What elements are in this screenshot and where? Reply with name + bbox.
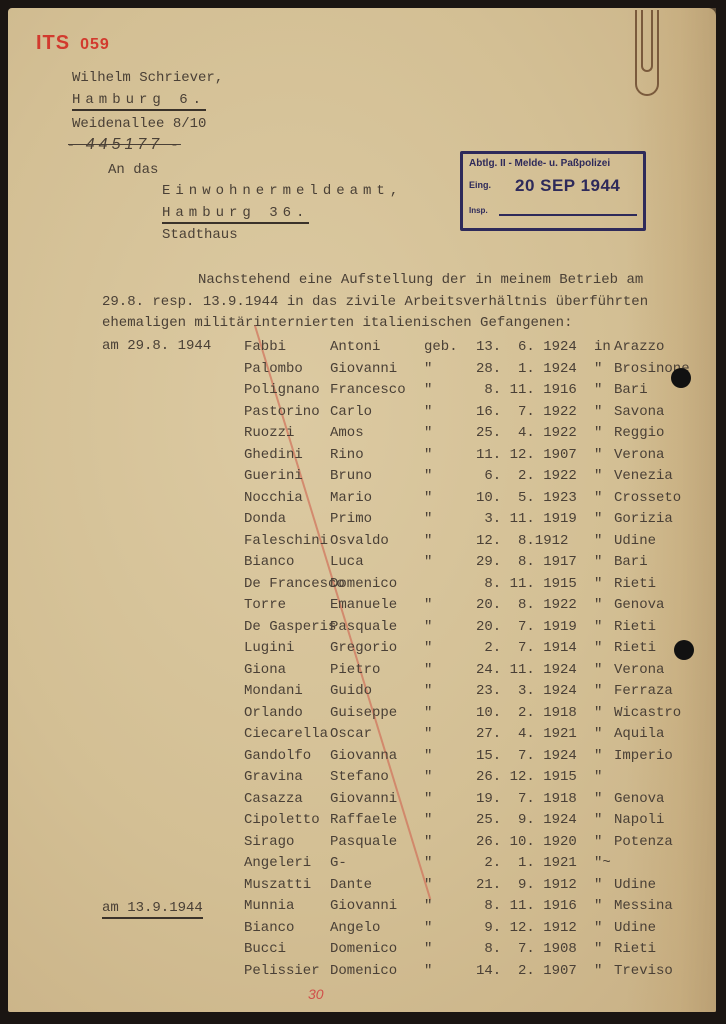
in-label: "	[594, 963, 602, 979]
in-label: in	[594, 339, 611, 355]
birth-place: Potenza	[614, 834, 673, 850]
birth-place: Bari	[614, 554, 648, 570]
birth-date: 8. 11. 1916	[476, 898, 577, 914]
prisoner-first-name: Carlo	[330, 404, 372, 420]
prisoner-last-name: Muszatti	[244, 877, 311, 893]
in-label: "	[594, 834, 602, 850]
red-pencil-mark: 30	[308, 986, 324, 1002]
born-label: "	[424, 877, 432, 893]
born-label: "	[424, 705, 432, 721]
prisoner-last-name: De Gasperis	[244, 619, 336, 635]
born-label: "	[424, 425, 432, 441]
birth-date: 23. 3. 1924	[476, 683, 577, 699]
birth-place: Napoli	[614, 812, 664, 828]
birth-place: Udine	[614, 877, 656, 893]
born-label: "	[424, 726, 432, 742]
in-label: "	[594, 404, 602, 420]
birth-place: Bari	[614, 382, 648, 398]
prisoner-last-name: Bianco	[244, 920, 294, 936]
in-label: "	[594, 361, 602, 377]
in-label: "	[594, 533, 602, 549]
prisoner-first-name: Oscar	[330, 726, 372, 742]
birth-date: 8. 11. 1916	[476, 382, 577, 398]
prisoner-last-name: Sirago	[244, 834, 294, 850]
crossed-out-number: - 445177 -	[68, 136, 181, 154]
in-label: "~	[594, 855, 611, 871]
prisoner-first-name: Pasquale	[330, 834, 397, 850]
prisoner-last-name: Donda	[244, 511, 286, 527]
prisoner-first-name: Pasquale	[330, 619, 397, 635]
born-label: "	[424, 597, 432, 613]
recipient-city-text: Hamburg 36.	[162, 205, 309, 224]
prisoner-first-name: Stefano	[330, 769, 389, 785]
prisoner-last-name: Casazza	[244, 791, 303, 807]
in-label: "	[594, 490, 602, 506]
born-label: "	[424, 941, 432, 957]
prisoner-last-name: Munnia	[244, 898, 294, 914]
birth-date: 10. 2. 1918	[476, 705, 577, 721]
group-label-first: am 29.8. 1944	[102, 338, 211, 354]
birth-date: 24. 11. 1924	[476, 662, 577, 678]
prisoner-first-name: Giovanni	[330, 791, 397, 807]
birth-date: 25. 9. 1924	[476, 812, 577, 828]
prisoner-last-name: Giona	[244, 662, 286, 678]
stamp-received-label: Eing.	[469, 180, 491, 190]
birth-place: Rieti	[614, 619, 656, 635]
birth-date: 20. 7. 1919	[476, 619, 577, 635]
birth-date: 11. 12. 1907	[476, 447, 577, 463]
born-label: "	[424, 920, 432, 936]
in-label: "	[594, 812, 602, 828]
prisoner-last-name: Bianco	[244, 554, 294, 570]
born-label: "	[424, 468, 432, 484]
born-label: "	[424, 963, 432, 979]
born-label: "	[424, 619, 432, 635]
prisoner-first-name: Domenico	[330, 941, 397, 957]
prisoner-last-name: Angeleri	[244, 855, 311, 871]
in-label: "	[594, 662, 602, 678]
prisoner-first-name: Domenico	[330, 576, 397, 592]
prisoner-last-name: Faleschini	[244, 533, 328, 549]
birth-date: 16. 7. 1922	[476, 404, 577, 420]
prisoner-first-name: Angelo	[330, 920, 380, 936]
birth-place: Udine	[614, 533, 656, 549]
born-label: "	[424, 834, 432, 850]
birth-date: 19. 7. 1918	[476, 791, 577, 807]
birth-date: 13. 6. 1924	[476, 339, 577, 355]
birth-place: Arazzo	[614, 339, 664, 355]
prisoner-first-name: Pietro	[330, 662, 380, 678]
birth-place: Rieti	[614, 640, 656, 656]
birth-date: 2. 7. 1914	[476, 640, 577, 656]
prisoner-first-name: Luca	[330, 554, 364, 570]
born-label: "	[424, 898, 432, 914]
birth-place: Ferraza	[614, 683, 673, 699]
document-page: ITS059 Wilhelm Schriever, Hamburg 6. Wei…	[8, 8, 716, 1012]
prisoner-first-name: Antoni	[330, 339, 380, 355]
in-label: "	[594, 468, 602, 484]
birth-place: Wicastro	[614, 705, 681, 721]
prisoner-last-name: Lugini	[244, 640, 294, 656]
prisoner-last-name: Pastorino	[244, 404, 320, 420]
birth-date: 20. 8. 1922	[476, 597, 577, 613]
born-label: "	[424, 640, 432, 656]
prisoner-first-name: Primo	[330, 511, 372, 527]
birth-date: 8. 11. 1915	[476, 576, 577, 592]
in-label: "	[594, 769, 602, 785]
sender-name: Wilhelm Schriever,	[72, 70, 223, 86]
prisoner-last-name: Guerini	[244, 468, 303, 484]
prisoner-last-name: Pelissier	[244, 963, 320, 979]
stamp-inspected-label: Insp.	[469, 206, 488, 215]
birth-place: Genova	[614, 791, 664, 807]
born-label: "	[424, 404, 432, 420]
prisoner-last-name: Palombo	[244, 361, 303, 377]
prisoner-last-name: Gandolfo	[244, 748, 311, 764]
prisoner-last-name: Orlando	[244, 705, 303, 721]
prisoner-last-name: Cipoletto	[244, 812, 320, 828]
prisoner-last-name: Fabbi	[244, 339, 286, 355]
prisoner-last-name: Polignano	[244, 382, 320, 398]
prisoner-first-name: Raffaele	[330, 812, 397, 828]
birth-date: 29. 8. 1917	[476, 554, 577, 570]
in-label: "	[594, 748, 602, 764]
in-label: "	[594, 683, 602, 699]
in-label: "	[594, 554, 602, 570]
prisoner-first-name: Bruno	[330, 468, 372, 484]
born-label: "	[424, 662, 432, 678]
group-label-second-text: am 13.9.1944	[102, 900, 203, 919]
in-label: "	[594, 640, 602, 656]
birth-date: 28. 1. 1924	[476, 361, 577, 377]
its-label: ITS	[36, 32, 70, 54]
prisoner-first-name: Francesco	[330, 382, 406, 398]
born-label: "	[424, 769, 432, 785]
in-label: "	[594, 877, 602, 893]
prisoner-last-name: Ruozzi	[244, 425, 294, 441]
in-label: "	[594, 511, 602, 527]
paperclip-icon	[635, 10, 659, 96]
punch-hole	[674, 640, 694, 660]
birth-date: 9. 12. 1912	[476, 920, 577, 936]
birth-date: 3. 11. 1919	[476, 511, 577, 527]
born-label: "	[424, 490, 432, 506]
stamp-signature-line	[499, 214, 637, 216]
prisoner-last-name: Bucci	[244, 941, 286, 957]
prisoner-first-name: Emanuele	[330, 597, 397, 613]
in-label: "	[594, 705, 602, 721]
in-label: "	[594, 447, 602, 463]
birth-place: Verona	[614, 447, 664, 463]
prisoner-first-name: Domenico	[330, 963, 397, 979]
in-label: "	[594, 382, 602, 398]
prisoner-first-name: Osvaldo	[330, 533, 389, 549]
prisoner-first-name: Rino	[330, 447, 364, 463]
born-label: "	[424, 554, 432, 570]
birth-place: Reggio	[614, 425, 664, 441]
born-label: "	[424, 683, 432, 699]
prisoner-first-name: Mario	[330, 490, 372, 506]
prisoner-first-name: Guiseppe	[330, 705, 397, 721]
recipient-office: Einwohnermeldeamt,	[162, 183, 403, 199]
group-label-second: am 13.9.1944	[102, 900, 203, 916]
prisoner-first-name: Amos	[330, 425, 364, 441]
birth-place: Udine	[614, 920, 656, 936]
in-label: "	[594, 941, 602, 957]
birth-date: 12. 8.1912	[476, 533, 568, 549]
prisoner-first-name: Giovanni	[330, 361, 397, 377]
in-label: "	[594, 726, 602, 742]
birth-place: Savona	[614, 404, 664, 420]
prisoner-last-name: Ciecarella	[244, 726, 328, 742]
body-line-2: 29.8. resp. 13.9.1944 in das zivile Arbe…	[102, 294, 648, 310]
born-label: "	[424, 791, 432, 807]
in-label: "	[594, 425, 602, 441]
sender-street: Weidenallee 8/10	[72, 116, 206, 132]
police-receipt-stamp: Abtlg. II - Melde- u. Paßpolizei Eing. 2…	[460, 151, 646, 231]
prisoner-first-name: Giovanni	[330, 898, 397, 914]
in-label: "	[594, 597, 602, 613]
birth-place: Treviso	[614, 963, 673, 979]
birth-date: 2. 1. 1921	[476, 855, 577, 871]
birth-place: Crosseto	[614, 490, 681, 506]
birth-place: Rieti	[614, 941, 656, 957]
birth-date: 26. 12. 1915	[476, 769, 577, 785]
prisoner-last-name: Torre	[244, 597, 286, 613]
birth-place: Genova	[614, 597, 664, 613]
stamp-date: 20 SEP 1944	[515, 176, 620, 196]
birth-place: Aquila	[614, 726, 664, 742]
born-label: "	[424, 361, 432, 377]
born-label: "	[424, 748, 432, 764]
birth-date: 14. 2. 1907	[476, 963, 577, 979]
birth-date: 26. 10. 1920	[476, 834, 577, 850]
in-label: "	[594, 898, 602, 914]
birth-date: 25. 4. 1922	[476, 425, 577, 441]
prisoner-first-name: Gregorio	[330, 640, 397, 656]
birth-date: 10. 5. 1923	[476, 490, 577, 506]
birth-date: 6. 2. 1922	[476, 468, 577, 484]
birth-date: 27. 4. 1921	[476, 726, 577, 742]
prisoner-last-name: Nocchia	[244, 490, 303, 506]
birth-place: Venezia	[614, 468, 673, 484]
prisoner-last-name: Ghedini	[244, 447, 303, 463]
sender-city: Hamburg 6.	[72, 92, 206, 108]
its-archive-stamp: ITS059	[36, 32, 110, 55]
punch-hole	[671, 368, 691, 388]
prisoner-first-name: G-	[330, 855, 347, 871]
born-label: "	[424, 511, 432, 527]
birth-place: Gorizia	[614, 511, 673, 527]
born-label: "	[424, 855, 432, 871]
birth-date: 21. 9. 1912	[476, 877, 577, 893]
birth-place: Imperio	[614, 748, 673, 764]
recipient-city: Hamburg 36.	[162, 205, 309, 221]
sender-city-text: Hamburg 6.	[72, 92, 206, 111]
born-label: "	[424, 533, 432, 549]
in-label: "	[594, 920, 602, 936]
its-number: 059	[80, 36, 110, 53]
body-line-3: ehemaligen militärinternierten italienis…	[102, 315, 572, 331]
born-label: "	[424, 382, 432, 398]
born-label: "	[424, 812, 432, 828]
birth-place: Rieti	[614, 576, 656, 592]
recipient-salutation: An das	[108, 162, 158, 178]
prisoner-last-name: Gravina	[244, 769, 303, 785]
born-label: geb.	[424, 339, 458, 355]
birth-place: Messina	[614, 898, 673, 914]
birth-date: 8. 7. 1908	[476, 941, 577, 957]
in-label: "	[594, 619, 602, 635]
born-label: "	[424, 447, 432, 463]
stamp-department: Abtlg. II - Melde- u. Paßpolizei	[469, 158, 610, 169]
in-label: "	[594, 791, 602, 807]
prisoner-last-name: Mondani	[244, 683, 303, 699]
birth-place: Verona	[614, 662, 664, 678]
body-line-1: Nachstehend eine Aufstellung der in mein…	[198, 272, 643, 288]
birth-date: 15. 7. 1924	[476, 748, 577, 764]
prisoner-first-name: Giovanna	[330, 748, 397, 764]
prisoner-first-name: Guido	[330, 683, 372, 699]
recipient-building: Stadthaus	[162, 227, 238, 243]
prisoner-first-name: Dante	[330, 877, 372, 893]
in-label: "	[594, 576, 602, 592]
